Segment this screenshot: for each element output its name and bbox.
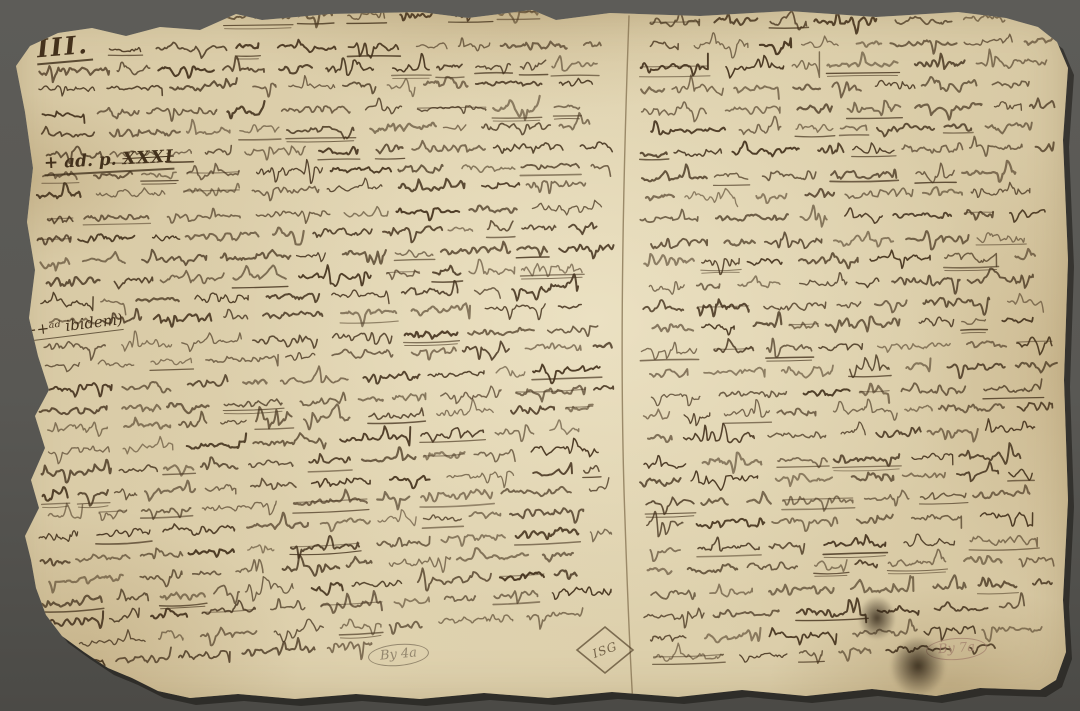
handwriting-stroke: [47, 277, 100, 286]
handwriting-stroke: [650, 369, 688, 377]
handwriting-stroke: [591, 165, 610, 177]
handwriting-stroke: [179, 651, 230, 662]
handwriting-stroke: [646, 195, 674, 201]
handwriting-stroke: [122, 382, 170, 393]
handwriting-stroke: [995, 102, 1022, 110]
handwriting-stroke: [738, 276, 780, 287]
handwriting-stroke: [278, 40, 336, 52]
handwriting-stroke: [48, 218, 73, 219]
handwriting-stroke: [282, 106, 350, 113]
handwriting-stroke: [651, 239, 707, 249]
handwriting-stroke: [159, 631, 183, 640]
handwriting-stroke: [644, 456, 686, 469]
handwriting-stroke: [525, 343, 581, 350]
handwriting-stroke: [964, 15, 1005, 22]
handwriting-stroke: [799, 661, 825, 662]
handwriting-stroke: [271, 599, 305, 610]
handwriting-stroke: [153, 235, 180, 241]
handwriting-stroke: [739, 116, 780, 134]
handwriting-stroke: [142, 250, 206, 265]
handwriting-stroke: [824, 556, 885, 558]
handwriting-stroke: [48, 216, 73, 223]
handwriting-stroke: [640, 359, 698, 360]
handwriting-stroke: [328, 642, 372, 659]
handwriting-stroke: [672, 75, 723, 95]
handwriting-stroke: [405, 331, 458, 338]
handwriting-stroke: [43, 506, 68, 507]
archive-stamp-letters: ISG: [590, 639, 620, 661]
handwriting-stroke: [533, 463, 572, 476]
handwriting-stroke: [433, 266, 461, 275]
handwriting-stroke: [986, 419, 1035, 432]
handwriting-stroke: [834, 399, 898, 420]
handwriting-stroke: [375, 158, 404, 159]
handwriting-stroke: [714, 610, 779, 617]
handwriting-stroke: [227, 101, 264, 118]
handwriting-stroke: [233, 265, 286, 279]
handwriting-stroke: [704, 368, 765, 377]
handwriting-stroke: [848, 101, 901, 116]
handwriting-stroke: [769, 27, 808, 28]
handwriting-stroke: [151, 609, 187, 619]
handwriting-stroke: [644, 409, 670, 419]
handwriting-stroke: [793, 85, 820, 90]
handwriting-stroke: [279, 65, 312, 73]
handwriting-stroke: [287, 141, 354, 142]
handwriting-stroke: [252, 186, 318, 200]
handwriting-stroke: [377, 492, 409, 509]
handwriting-stroke: [158, 67, 214, 78]
handwriting-stroke: [273, 228, 304, 245]
handwriting-stroke: [831, 170, 896, 179]
handwriting-stroke: [764, 302, 826, 310]
handwriting-stroke: [965, 212, 993, 213]
handwriting-stroke: [399, 179, 465, 191]
handwriting-stroke: [694, 33, 748, 58]
handwriting-stroke: [439, 615, 513, 624]
handwriting-stroke: [117, 62, 150, 74]
handwriting-stroke: [971, 182, 1030, 197]
handwriting-stroke: [122, 331, 172, 351]
handwriting-stroke: [267, 294, 320, 302]
handwriting-stroke: [984, 379, 1042, 392]
handwriting-stroke: [815, 575, 847, 576]
handwriting-stroke: [714, 185, 750, 186]
handwriting-stroke: [293, 510, 369, 514]
handwriting-stroke: [224, 399, 282, 407]
handwriting-stroke: [390, 476, 430, 488]
handwriting-stroke: [970, 136, 1022, 156]
handwriting-stroke: [110, 608, 140, 622]
handwriting-stroke: [747, 562, 797, 569]
handwriting-stroke: [555, 570, 577, 579]
handwriting-stroke: [501, 487, 571, 496]
handwriting-stroke: [340, 426, 410, 445]
handwriting-stroke: [393, 393, 426, 400]
handwriting-stroke: [769, 585, 834, 595]
handwriting-stroke: [493, 602, 539, 605]
handwriting-stroke: [147, 108, 217, 121]
handwriting-stroke: [796, 124, 833, 132]
handwriting-stroke: [493, 96, 540, 120]
handwriting-stroke: [424, 77, 468, 88]
handwriting-stroke: [521, 164, 579, 170]
handwriting-stroke: [462, 165, 515, 172]
handwriting-stroke: [939, 404, 1004, 412]
handwriting-stroke: [782, 365, 833, 377]
handwriting-stroke: [299, 265, 371, 286]
handwriting-stroke: [48, 422, 108, 436]
handwriting-stroke: [839, 648, 871, 661]
handwriting-stroke: [769, 543, 804, 554]
handwriting-stroke: [459, 38, 490, 51]
handwriting-stroke: [493, 120, 540, 121]
handwriting-stroke: [580, 142, 612, 152]
handwriting-stroke: [877, 124, 934, 137]
handwriting-stroke: [714, 339, 753, 353]
handwriting-stroke: [243, 380, 266, 384]
handwriting-stroke: [723, 422, 771, 423]
handwriting-stroke: [39, 531, 78, 542]
handwriting-stroke: [719, 391, 786, 397]
handwriting-stroke: [333, 333, 392, 344]
handwriting-stroke: [487, 237, 515, 238]
handwriting-stroke: [110, 129, 180, 136]
handwriting-stroke: [347, 23, 387, 24]
handwriting-stroke: [767, 360, 812, 361]
handwriting-stroke: [248, 545, 274, 553]
handwriting-stroke: [281, 366, 348, 384]
handwriting-stroke: [795, 136, 835, 137]
handwriting-stroke: [475, 288, 501, 298]
handwriting-stroke: [819, 344, 863, 351]
handwriting-stroke: [641, 152, 667, 157]
handwriting-stroke: [340, 321, 398, 323]
handwriting-stroke: [331, 167, 392, 173]
handwriting-stroke: [892, 276, 960, 294]
handwriting-stroke: [362, 447, 416, 461]
handwriting-stroke: [463, 341, 509, 360]
handwriting-stroke: [343, 250, 386, 264]
handwriting-stroke: [39, 596, 102, 607]
handwriting-stroke: [797, 104, 832, 112]
handwriting-stroke: [468, 328, 534, 335]
handwriting-stroke: [643, 300, 683, 311]
handwriting-stroke: [359, 397, 383, 401]
handwriting-stroke: [697, 555, 761, 557]
handwriting-stroke: [39, 86, 95, 96]
handwriting-stroke: [161, 271, 224, 284]
handwriting-stroke: [240, 125, 279, 133]
handwriting-stroke: [650, 548, 680, 561]
handwriting-stroke: [716, 214, 788, 220]
handwriting-stroke: [978, 593, 1019, 594]
handwriting-stroke: [860, 384, 889, 403]
handwriting-stroke: [645, 513, 696, 514]
handwriting-stroke: [648, 568, 672, 574]
handwriting-stroke: [647, 512, 683, 537]
handwriting-stroke: [830, 180, 898, 181]
handwriting-stroke: [116, 647, 171, 662]
handwriting-stroke: [474, 450, 515, 462]
handwriting-stroke: [368, 421, 426, 423]
handwriting-stroke: [352, 580, 401, 586]
handwriting-stroke: [856, 278, 879, 287]
handwriting-stroke: [235, 56, 260, 57]
handwriting-stroke: [935, 602, 988, 611]
handwriting-stroke: [969, 548, 1039, 550]
handwriting-stroke: [469, 259, 514, 274]
handwriting-stroke: [684, 413, 710, 426]
handwriting-stroke: [400, 6, 436, 21]
handwriting-stroke: [41, 559, 70, 566]
handwriting-stroke: [652, 324, 693, 331]
handwriting-stroke: [242, 638, 314, 656]
handwriting-stroke: [377, 537, 430, 547]
photo-background: III. + ad. p. XXXI ++ᵃᵈ ibidem) ISG By 4…: [0, 0, 1080, 711]
handwriting-stroke: [286, 353, 315, 360]
handwriting-stroke: [42, 127, 94, 137]
handwriting-stroke: [703, 453, 762, 473]
handwriting-stroke: [107, 86, 162, 96]
handwriting-stroke: [437, 399, 493, 416]
handwriting-stroke: [339, 632, 383, 635]
handwriting-stroke: [1000, 593, 1025, 608]
handwriting-stroke: [915, 103, 981, 120]
handwriting-stroke: [895, 17, 951, 25]
handwriting-stroke: [833, 466, 901, 468]
handwriting-stroke: [41, 292, 93, 310]
handwriting-stroke: [256, 407, 292, 428]
handwriting-stroke: [83, 252, 125, 263]
handwriting-stroke: [962, 332, 986, 333]
handwriting-stroke: [837, 302, 861, 308]
handwriting-stroke: [824, 535, 885, 547]
handwriting-stroke: [651, 394, 700, 406]
handwriting-stroke: [903, 473, 946, 478]
handwriting-stroke: [309, 454, 350, 463]
handwriting-stroke: [747, 259, 782, 265]
handwriting-stroke: [814, 572, 849, 573]
handwriting-stroke: [888, 572, 945, 574]
handwriting-stroke: [875, 300, 907, 312]
handwriting-stroke: [698, 537, 759, 551]
handwriting-stroke: [123, 437, 173, 454]
handwriting-stroke: [151, 358, 192, 365]
handwriting-stroke: [724, 240, 755, 246]
handwriting-stroke: [457, 548, 528, 560]
handwriting-stroke: [651, 635, 686, 641]
handwriting-stroke: [642, 164, 707, 181]
handwriting-stroke: [395, 250, 432, 257]
handwriting-stroke: [40, 258, 69, 270]
handwriting-stroke: [832, 82, 861, 97]
handwriting-stroke: [376, 144, 402, 153]
handwriting-stroke: [49, 575, 123, 593]
handwriting-stroke: [98, 108, 139, 119]
handwriting-stroke: [492, 117, 542, 118]
handwriting-stroke: [796, 618, 868, 620]
handwriting-stroke: [887, 569, 947, 571]
handwriting-stroke: [348, 7, 385, 19]
handwriting-stroke: [398, 165, 442, 173]
handwriting-stroke: [482, 123, 550, 135]
handwriting-stroke: [769, 628, 836, 645]
handwriting-stroke: [1016, 362, 1057, 373]
handwriting-stroke: [39, 66, 109, 82]
handwriting-stroke: [768, 432, 826, 438]
handwriting-stroke: [698, 299, 749, 316]
handwriting-stroke: [701, 269, 741, 270]
handwriting-stroke: [497, 19, 540, 20]
handwriting-stroke: [347, 557, 372, 567]
handwriting-stroke: [805, 189, 834, 197]
handwriting-stroke: [245, 146, 305, 160]
handwriting-stroke: [804, 389, 850, 395]
handwriting-stroke: [432, 281, 463, 282]
handwriting-stroke: [42, 111, 84, 123]
handwriting-stroke: [83, 223, 150, 225]
handwriting-stroke: [236, 43, 258, 48]
handwriting-stroke: [944, 133, 974, 134]
handwriting-stroke: [170, 78, 237, 91]
handwriting-stroke: [300, 393, 345, 406]
handwriting-stroke: [705, 628, 761, 642]
handwriting-stroke: [247, 513, 308, 529]
handwriting-stroke: [640, 159, 669, 160]
handwriting-stroke: [37, 183, 81, 198]
handwriting-stroke: [387, 79, 415, 97]
margin-page-ref-numeral: XXXI: [122, 147, 175, 170]
handwriting-stroke: [141, 181, 178, 182]
handwriting-stroke: [847, 118, 903, 119]
handwriting-stroke: [726, 56, 784, 78]
handwriting-stroke: [516, 257, 549, 258]
handwriting-stroke: [640, 76, 710, 77]
handwriting-stroke: [182, 333, 242, 352]
handwriting-stroke: [777, 409, 815, 416]
handwriting-stroke: [548, 326, 598, 336]
handwriting-stroke: [802, 36, 839, 47]
handwriting-stroke: [922, 77, 977, 92]
handwriting-stroke: [957, 462, 998, 481]
handwriting-stroke: [697, 283, 720, 289]
handwriting-stroke: [920, 503, 968, 504]
handwriting-stroke: [312, 478, 370, 487]
handwriting-stroke: [1017, 403, 1052, 411]
handwriting-stroke: [396, 208, 459, 220]
handwriting-stroke: [945, 253, 997, 266]
handwriting-stroke: [420, 504, 494, 507]
folio-numeral: III.: [35, 32, 93, 66]
handwriting-stroke: [981, 513, 1033, 527]
handwriting-stroke: [583, 477, 601, 478]
handwriting-stroke: [344, 207, 388, 217]
handwriting-stroke: [1009, 469, 1032, 480]
handwriting-stroke: [532, 377, 602, 380]
handwriting-stroke: [142, 172, 176, 178]
handwriting-stroke: [449, 22, 493, 23]
handwriting-stroke: [640, 210, 698, 223]
handwriting-stroke: [685, 189, 738, 207]
handwriting-stroke: [114, 277, 152, 289]
handwriting-stroke: [390, 622, 422, 634]
handwriting-stroke: [533, 365, 600, 384]
handwriting-stroke: [421, 490, 492, 502]
handwriting-stroke: [44, 342, 105, 361]
handwriting-stroke: [870, 250, 930, 268]
handwriting-stroke: [205, 485, 235, 494]
handwriting-stroke: [48, 503, 82, 518]
handwriting-stroke: [224, 309, 248, 318]
handwriting-stroke: [532, 200, 601, 215]
handwriting-stroke: [420, 440, 486, 443]
handwriting-stroke: [224, 411, 282, 414]
handwriting-stroke: [857, 41, 882, 47]
handwriting-stroke: [841, 125, 867, 130]
handwriting-stroke: [515, 542, 581, 545]
handwriting-stroke: [405, 344, 458, 346]
handwriting-stroke: [42, 183, 79, 184]
handwriting-stroke: [441, 242, 510, 255]
handwriting-stroke: [475, 73, 512, 74]
handwriting-stroke: [488, 221, 513, 231]
handwriting-stroke: [959, 443, 1020, 464]
handwriting-stroke: [418, 568, 491, 590]
handwriting-stroke: [888, 549, 945, 566]
handwriting-stroke: [96, 188, 164, 197]
handwriting-stroke: [964, 556, 1002, 564]
handwriting-stroke: [550, 420, 579, 434]
handwriting-stroke: [510, 508, 583, 522]
handwriting-stroke: [554, 118, 579, 119]
handwriting-stroke: [348, 56, 401, 57]
handwriting-stroke: [554, 105, 579, 109]
handwriting-stroke: [168, 208, 241, 223]
handwriting-stroke: [789, 322, 818, 329]
handwriting-stroke: [308, 470, 352, 472]
handwriting-stroke: [826, 73, 899, 74]
handwriting-stroke: [517, 246, 547, 256]
handwriting-stroke: [982, 627, 1041, 641]
handwriting-stroke: [967, 341, 1006, 347]
handwriting-stroke: [688, 564, 738, 573]
handwriting-stroke: [905, 405, 932, 411]
handwriting-stroke: [772, 517, 837, 531]
handwriting-stroke: [232, 286, 288, 288]
handwriting-stroke: [800, 273, 847, 286]
handwriting-stroke: [511, 406, 554, 414]
handwriting-stroke: [799, 253, 858, 268]
handwriting-stroke: [823, 553, 887, 555]
handwriting-stroke: [818, 143, 843, 153]
handwriting-stroke: [224, 25, 293, 26]
handwriting-stroke: [648, 435, 672, 442]
handwriting-stroke: [641, 54, 708, 76]
handwriting-stroke: [202, 501, 276, 515]
handwriting-stroke: [878, 343, 950, 352]
handwriting-stroke: [701, 498, 728, 505]
handwriting-stroke: [428, 371, 484, 377]
handwriting-stroke: [221, 420, 246, 424]
handwriting-stroke: [42, 460, 111, 483]
handwriting-stroke: [378, 510, 416, 526]
handwriting-stroke: [622, 16, 633, 706]
handwriting-stroke: [179, 412, 207, 428]
handwriting-stroke: [343, 82, 376, 93]
handwriting-stroke: [726, 106, 780, 114]
handwriting-stroke: [249, 460, 293, 467]
